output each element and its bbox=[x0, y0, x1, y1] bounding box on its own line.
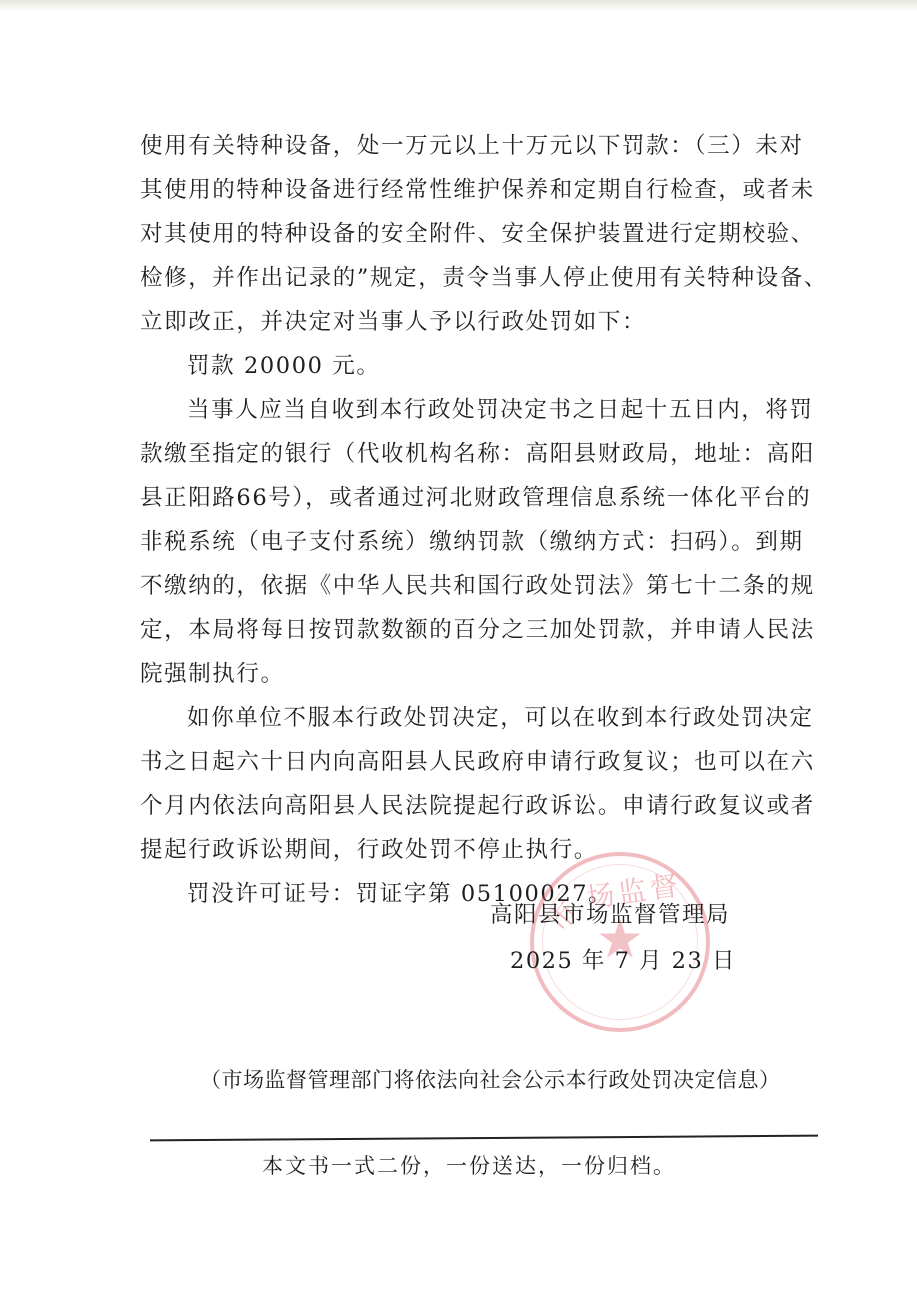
fine-amount: 罚款 20000 元。 bbox=[140, 344, 785, 388]
paragraph-line: 其使用的特种设备进行经常性维护保养和定期自行检查，或者未 bbox=[140, 168, 785, 212]
paragraph-line: 检修，并作出记录的”规定，责令当事人停止使用有关特种设备、 bbox=[140, 256, 785, 300]
paragraph-line: 定，本局将每日按罚款数额的百分之三加处罚款，并申请人民法 bbox=[140, 608, 785, 652]
paragraph-line: 院强制执行。 bbox=[140, 652, 785, 696]
paragraph-line: 书之日起六十日内向高阳县人民政府申请行政复议；也可以在六 bbox=[140, 740, 785, 784]
scan-top-edge bbox=[0, 0, 917, 12]
paragraph-line: 县正阳路66号），或者通过河北财政管理信息系统一体化平台的 bbox=[140, 476, 785, 520]
paragraph-line: 立即改正，并决定对当事人予以行政处罚如下： bbox=[140, 300, 785, 344]
paragraph-line: 个月内依法向高阳县人民法院提起行政诉讼。申请行政复议或者 bbox=[140, 784, 785, 828]
paragraph-line: 对其使用的特种设备的安全附件、安全保护装置进行定期校验、 bbox=[140, 212, 785, 256]
paragraph-line: 提起行政诉讼期间，行政处罚不停止执行。 bbox=[140, 828, 785, 872]
issue-date: 2025 年 7 月 23 日 bbox=[510, 943, 736, 975]
copies-note: 本文书一式二份，一份送达，一份归档。 bbox=[262, 1150, 676, 1180]
paragraph-line: 如你单位不服本行政处罚决定，可以在收到本行政处罚决定 bbox=[140, 696, 785, 740]
divider-line bbox=[150, 1135, 818, 1142]
issuing-authority: 高阳县市场监督管理局 bbox=[490, 897, 730, 929]
paragraph-line: 非税系统（电子支付系统）缴纳罚款（缴纳方式：扫码）。到期 bbox=[140, 520, 785, 564]
official-seal: ★ 场监督 市 bbox=[530, 852, 710, 1032]
paragraph-line: 当事人应当自收到本行政处罚决定书之日起十五日内，将罚 bbox=[140, 388, 785, 432]
paragraph-line: 不缴纳的，依据《中华人民共和国行政处罚法》第七十二条的规 bbox=[140, 564, 785, 608]
public-notice: （市场监督管理部门将依法向社会公示本行政处罚决定信息） bbox=[200, 1064, 781, 1094]
paragraph-line: 使用有关特种设备，处一万元以上十万元以下罚款：（三）未对 bbox=[140, 124, 785, 168]
paragraph-line: 款缴至指定的银行（代收机构名称：高阳县财政局，地址：高阳 bbox=[140, 432, 785, 476]
document-body: 使用有关特种设备，处一万元以上十万元以下罚款：（三）未对 其使用的特种设备进行经… bbox=[140, 124, 785, 916]
